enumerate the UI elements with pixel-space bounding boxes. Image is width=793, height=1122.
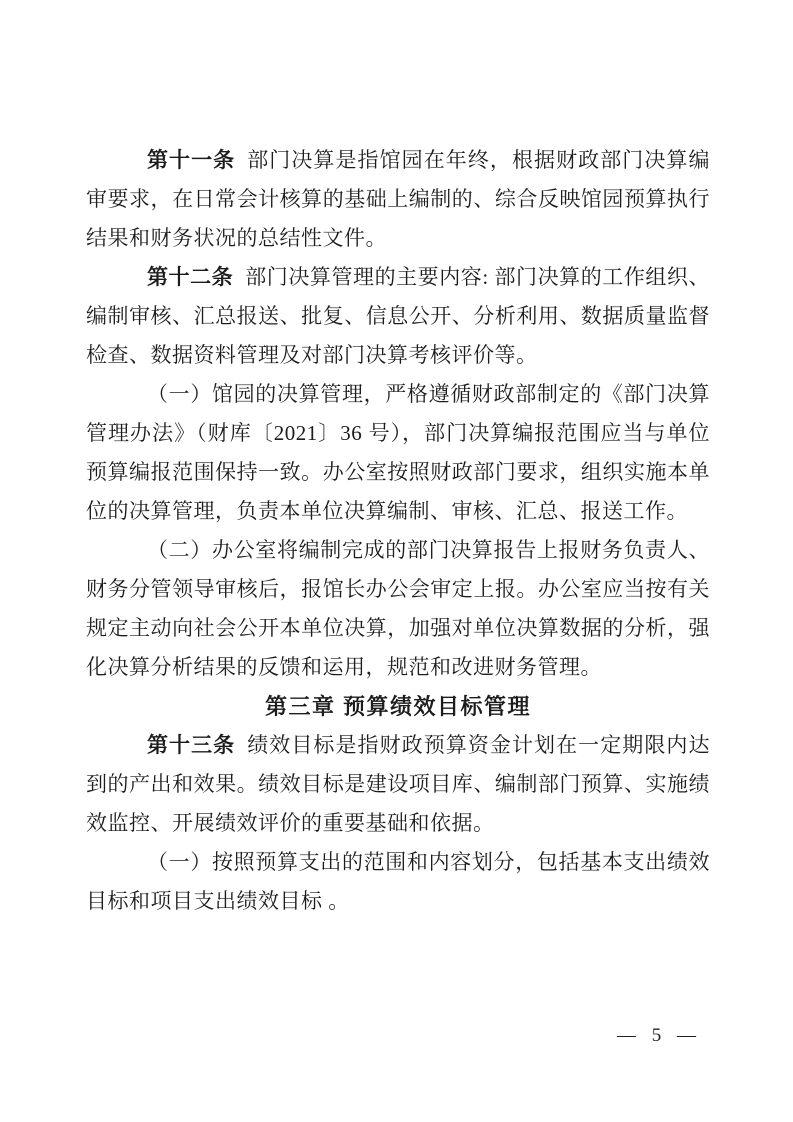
clause-paragraph-2: （二）办公室将编制完成的部门决算报告上报财务负责人、财务分管领导审核后，报馆长办… <box>86 531 710 687</box>
article-paragraph-11: 第十一条部门决算是指馆园在年终，根据财政部门决算编审要求，在日常会计核算的基础上… <box>86 141 710 258</box>
clause-text-1: （一）馆园的决算管理，严格遵循财政部制定的《部门决算管理办法》（财库〔2021〕… <box>86 382 710 523</box>
article-paragraph-13: 第十三条绩效目标是指财政预算资金计划在一定期限内达到的产出和效果。绩效目标是建设… <box>86 726 710 843</box>
page-number: — 5 — <box>617 1024 697 1048</box>
clause-text-3: （一）按照预算支出的范围和内容划分，包括基本支出绩效目标和项目支出绩效目标 。 <box>86 850 710 913</box>
document-page: 第十一条部门决算是指馆园在年终，根据财政部门决算编审要求，在日常会计核算的基础上… <box>0 0 793 1122</box>
clause-paragraph-3: （一）按照预算支出的范围和内容划分，包括基本支出绩效目标和项目支出绩效目标 。 <box>86 843 710 921</box>
article-number-11: 第十一条 <box>147 148 235 172</box>
document-body: 第十一条部门决算是指馆园在年终，根据财政部门决算编审要求，在日常会计核算的基础上… <box>86 141 710 921</box>
article-number-13: 第十三条 <box>147 733 235 757</box>
chapter-heading: 第三章 预算绩效目标管理 <box>86 687 710 726</box>
article-number-12: 第十二条 <box>147 265 233 289</box>
article-paragraph-12: 第十二条部门决算管理的主要内容: 部门决算的工作组织、编制审核、汇总报送、批复、… <box>86 258 710 375</box>
clause-text-2: （二）办公室将编制完成的部门决算报告上报财务负责人、财务分管领导审核后，报馆长办… <box>86 538 710 679</box>
clause-paragraph-1: （一）馆园的决算管理，严格遵循财政部制定的《部门决算管理办法》（财库〔2021〕… <box>86 375 710 531</box>
